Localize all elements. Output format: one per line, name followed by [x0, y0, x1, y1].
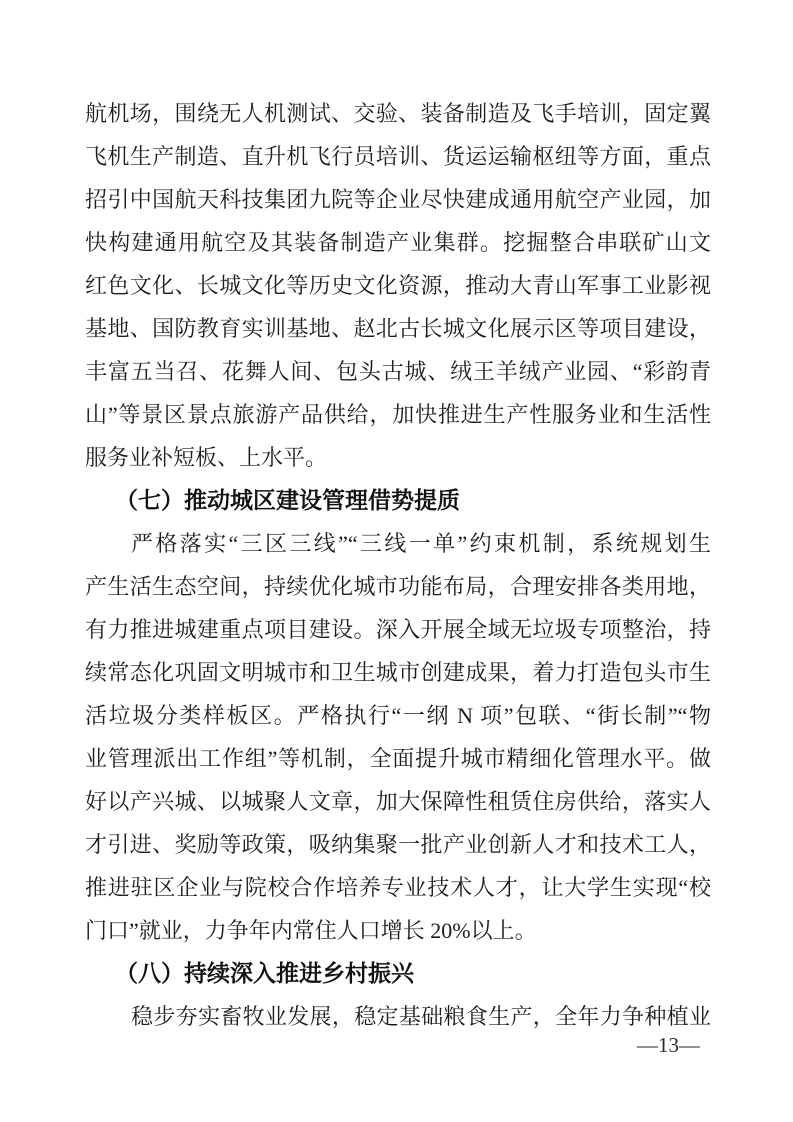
section-heading: （七）推动城区建设管理借势提质 — [85, 479, 711, 522]
text-line: 严格落实“三区三线”“三线一单”约束机制，系统规划生 — [85, 522, 711, 565]
text-line: 活垃圾分类样板区。严格执行“一纲 N 项”包联、“街长制”“物 — [85, 694, 711, 737]
text-line: 山”等景区景点旅游产品供给，加快推进生产性服务业和生活性 — [85, 393, 711, 436]
text-line: 红色文化、长城文化等历史文化资源，推动大青山军事工业影视 — [85, 264, 711, 307]
text-line: 才引进、奖励等政策，吸纳集聚一批产业创新人才和技术工人， — [85, 823, 711, 866]
text-line: 稳步夯实畜牧业发展，稳定基础粮食生产，全年力争种植业 — [85, 995, 711, 1038]
text-line: 续常态化巩固文明城市和卫生城市创建成果，着力打造包头市生 — [85, 651, 711, 694]
text-line: 有力推进城建重点项目建设。深入开展全域无垃圾专项整治，持 — [85, 608, 711, 651]
text-line: 招引中国航天科技集团九院等企业尽快建成通用航空产业园，加 — [85, 178, 711, 221]
document-page: 航机场，围绕无人机测试、交验、装备制造及飞手培训，固定翼飞机生产制造、直升机飞行… — [0, 0, 793, 1122]
page-content: 航机场，围绕无人机测试、交验、装备制造及飞手培训，固定翼飞机生产制造、直升机飞行… — [85, 92, 711, 1038]
text-line: 快构建通用航空及其装备制造产业集群。挖掘整合串联矿山文化、 — [85, 221, 711, 264]
page-number: —13— — [637, 1032, 700, 1058]
text-line: 好以产兴城、以城聚人文章，加大保障性租赁住房供给，落实人 — [85, 780, 711, 823]
text-line: 推进驻区企业与院校合作培养专业技术人才，让大学生实现“校 — [85, 866, 711, 909]
text-line: 航机场，围绕无人机测试、交验、装备制造及飞手培训，固定翼 — [85, 92, 711, 135]
text-line: 丰富五当召、花舞人间、包头古城、绒王羊绒产业园、“彩韵青 — [85, 350, 711, 393]
text-line: 门口”就业，力争年内常住人口增长 20%以上。 — [85, 909, 711, 952]
text-line: 基地、国防教育实训基地、赵北古长城文化展示区等项目建设， — [85, 307, 711, 350]
text-line: 服务业补短板、上水平。 — [85, 436, 711, 479]
text-line: 业管理派出工作组”等机制，全面提升城市精细化管理水平。做 — [85, 737, 711, 780]
section-heading: （八）持续深入推进乡村振兴 — [85, 952, 711, 995]
text-line: 产生活生态空间，持续优化城市功能布局，合理安排各类用地， — [85, 565, 711, 608]
text-line: 飞机生产制造、直升机飞行员培训、货运运输枢纽等方面，重点 — [85, 135, 711, 178]
